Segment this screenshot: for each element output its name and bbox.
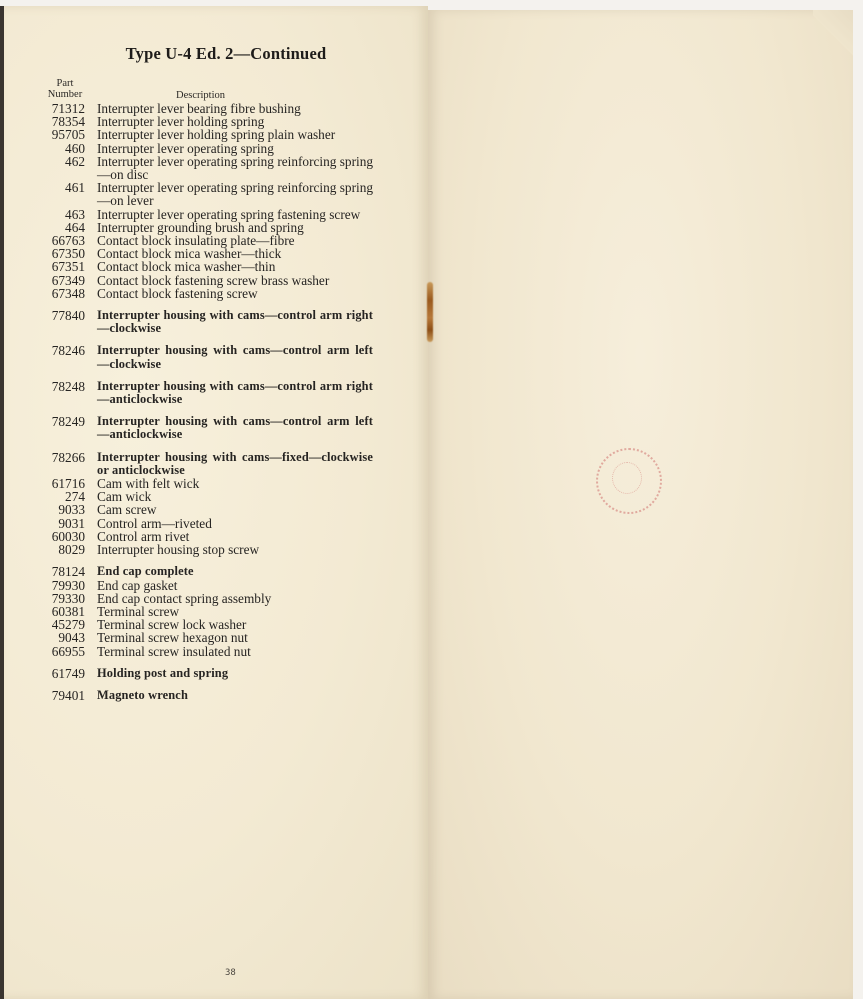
part-description: Cam screw [97, 503, 373, 516]
table-row: 66955Terminal screw insulated nut [34, 645, 394, 658]
part-number: 78249 [34, 415, 85, 428]
part-number: 9043 [34, 631, 85, 644]
part-description: Interrupter housing with cams—fixed—cloc… [97, 451, 373, 477]
table-row: 79401Magneto wrench [34, 689, 394, 702]
part-number-column-header: Part Number [44, 79, 86, 100]
part-description: Holding post and spring [97, 667, 373, 680]
part-description: Interrupter lever operating spring faste… [97, 208, 373, 221]
table-row: 67351Contact block mica washer—thin [34, 260, 394, 273]
part-header-line2: Number [44, 90, 86, 101]
scanned-booklet-spread: Type U-4 Ed. 2—Continued Part Number Des… [0, 0, 863, 999]
table-row: 78124End cap complete [34, 565, 394, 578]
part-description: Terminal screw insulated nut [97, 645, 373, 658]
part-description: End cap contact spring assembly [97, 592, 373, 605]
table-row: 9031Control arm—riveted [34, 517, 394, 530]
part-description: Interrupter lever operating spring [97, 142, 373, 155]
table-row: 463Interrupter lever operating spring fa… [34, 208, 394, 221]
table-row: 79930End cap gasket [34, 579, 394, 592]
part-number: 9033 [34, 503, 85, 516]
part-number: 463 [34, 208, 85, 221]
table-row: 77840Interrupter housing with cams—contr… [34, 309, 394, 335]
part-number: 462 [34, 155, 85, 168]
part-number: 79330 [34, 592, 85, 605]
parts-list: 71312Interrupter lever bearing fibre bus… [34, 102, 394, 702]
part-number: 461 [34, 181, 85, 194]
part-number: 79930 [34, 579, 85, 592]
table-row: 462Interrupter lever operating spring re… [34, 155, 394, 181]
part-number: 66955 [34, 645, 85, 658]
table-row: 61716Cam with felt wick [34, 477, 394, 490]
part-number: 78246 [34, 344, 85, 357]
table-row: 461Interrupter lever operating spring re… [34, 181, 394, 207]
part-description: Terminal screw hexagon nut [97, 631, 373, 644]
part-description: Interrupter housing with cams—control ar… [97, 380, 373, 406]
part-description: End cap complete [97, 565, 373, 578]
table-row: 78249Interrupter housing with cams—contr… [34, 415, 394, 441]
part-description: Control arm—riveted [97, 517, 373, 530]
page-number: 38 [225, 968, 236, 978]
table-row: 78246Interrupter housing with cams—contr… [34, 344, 394, 370]
table-row: 78266Interrupter housing with cams—fixed… [34, 451, 394, 477]
description-column-header: Description [176, 90, 225, 101]
part-number: 61749 [34, 667, 85, 680]
part-number: 67351 [34, 260, 85, 273]
binding-rust-stain [427, 282, 433, 342]
table-row: 67349Contact block fastening screw brass… [34, 274, 394, 287]
table-row: 9033Cam screw [34, 503, 394, 516]
part-description: Contact block fastening screw brass wash… [97, 274, 373, 287]
table-row: 79330End cap contact spring assembly [34, 592, 394, 605]
part-number: 95705 [34, 128, 85, 141]
part-number: 460 [34, 142, 85, 155]
page-title: Type U-4 Ed. 2—Continued [4, 44, 448, 64]
table-row: 9043Terminal screw hexagon nut [34, 631, 394, 644]
part-description: Interrupter housing with cams—control ar… [97, 415, 373, 441]
table-row: 78248Interrupter housing with cams—contr… [34, 380, 394, 406]
left-page: Type U-4 Ed. 2—Continued Part Number Des… [4, 6, 428, 999]
part-number: 77840 [34, 309, 85, 322]
part-description: Interrupter housing with cams—control ar… [97, 344, 373, 370]
part-number: 78124 [34, 565, 85, 578]
table-row: 61749Holding post and spring [34, 667, 394, 680]
table-row: 67348Contact block fastening screw [34, 287, 394, 300]
part-header-line1: Part [44, 79, 86, 90]
part-description: Interrupter lever operating spring reinf… [97, 155, 373, 181]
faded-red-stamp [596, 448, 662, 514]
part-description: Contact block fastening screw [97, 287, 373, 300]
part-number: 78266 [34, 451, 85, 464]
part-description: Interrupter lever operating spring reinf… [97, 181, 373, 207]
table-row: 95705Interrupter lever holding spring pl… [34, 128, 394, 141]
part-number: 8029 [34, 543, 85, 556]
part-description: Interrupter lever holding spring plain w… [97, 128, 373, 141]
part-description: End cap gasket [97, 579, 373, 592]
part-number: 78248 [34, 380, 85, 393]
part-number: 67349 [34, 274, 85, 287]
table-row: 460Interrupter lever operating spring [34, 142, 394, 155]
part-description: Interrupter housing with cams—control ar… [97, 309, 373, 335]
part-number: 67348 [34, 287, 85, 300]
part-description: Contact block mica washer—thin [97, 260, 373, 273]
table-row: 8029Interrupter housing stop screw [34, 543, 394, 556]
table-row: 274Cam wick [34, 490, 394, 503]
part-number: 9031 [34, 517, 85, 530]
part-description: Magneto wrench [97, 689, 373, 702]
part-description: Interrupter housing stop screw [97, 543, 373, 556]
part-number: 79401 [34, 689, 85, 702]
